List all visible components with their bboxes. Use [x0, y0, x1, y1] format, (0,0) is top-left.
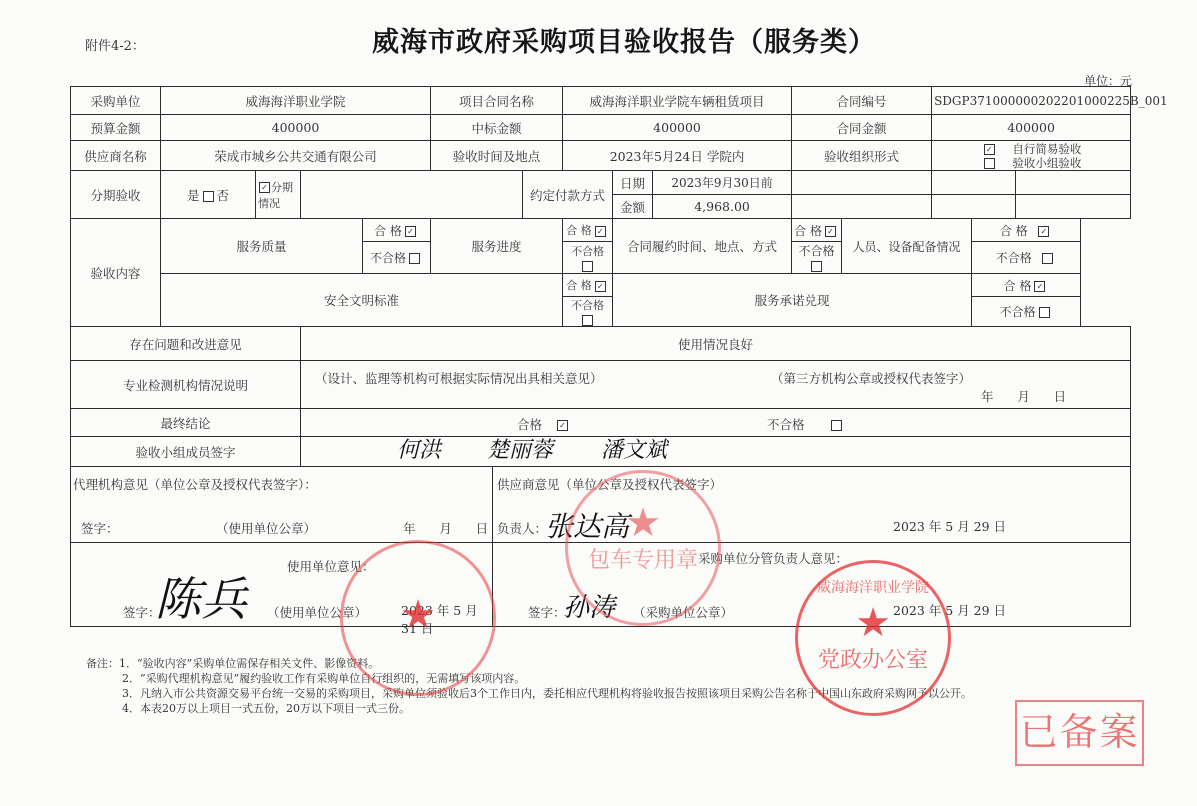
checkbox-checked-icon[interactable]	[595, 281, 606, 292]
pass-label: 合 格	[1000, 224, 1028, 238]
member-signature: 楚丽蓉	[487, 433, 553, 464]
checkbox-checked-icon[interactable]	[405, 226, 416, 237]
acceptance-item-service-quality: 服务质量	[161, 219, 363, 274]
members-label: 验收小组成员签字	[71, 437, 301, 467]
checkbox-checked-icon[interactable]	[1038, 226, 1049, 237]
staff-equipment-fail[interactable]: 不合格	[972, 242, 1081, 274]
conclusion-label: 最终结论	[71, 409, 301, 437]
checkbox-empty-icon[interactable]	[409, 253, 420, 264]
checkbox-empty-icon[interactable]	[1042, 253, 1053, 264]
installment-detail-cell: 分期情况	[256, 171, 301, 219]
safety-pass[interactable]: 合 格	[563, 274, 613, 297]
agency-seal-label: （使用单位公章）	[216, 519, 316, 537]
budget-value: 400000	[161, 115, 431, 141]
pass-label: 合 格	[374, 224, 402, 238]
checkbox-empty-icon[interactable]	[582, 261, 593, 272]
agency-date: 年 月 日	[403, 519, 488, 537]
supplier-value: 荣成市城乡公共交通有限公司	[161, 141, 431, 171]
org-form-option-group[interactable]: 验收小组验收	[934, 156, 1128, 170]
installment-detail-value	[301, 171, 523, 219]
star-icon: ★	[568, 503, 718, 543]
agency-sign-label: 签字：	[81, 519, 119, 537]
budget-label: 预算金额	[71, 115, 161, 141]
issues-label: 存在问题和改进意见	[71, 327, 301, 361]
contract-amount-value: 400000	[932, 115, 1131, 141]
acceptance-item-commitment: 服务承诺兑现	[613, 274, 972, 327]
attachment-label: 附件4-2：	[85, 35, 145, 54]
option-label: 自行简易验收	[1012, 142, 1081, 156]
purchaser-value: 威海海洋职业学院	[161, 87, 431, 115]
time-place-value: 2023年5月24日 学院内	[563, 141, 792, 171]
empty-cell	[792, 195, 932, 219]
installment-no-label: 否	[217, 188, 230, 203]
checkbox-empty-icon[interactable]	[811, 261, 822, 272]
issues-value: 使用情况良好	[301, 327, 1131, 361]
safety-fail[interactable]: 不合格	[563, 297, 613, 327]
note-line: 1．“验收内容”采购单位需保存相关文件、影像资料。	[119, 657, 379, 670]
acceptance-item-safety: 安全文明标准	[161, 274, 563, 327]
inspection-label: 专业检测机构情况说明	[71, 361, 301, 409]
empty-cell	[932, 195, 1016, 219]
pass-label: 合格	[517, 417, 542, 432]
page-title: 威海市政府采购项目验收报告（服务类）	[372, 20, 876, 59]
fail-label: 不合格	[799, 244, 835, 258]
time-place-label: 验收时间及地点	[431, 141, 563, 171]
star-icon: ★	[798, 603, 948, 643]
service-quality-fail[interactable]: 不合格	[363, 242, 431, 274]
installment-yes-label: 是	[187, 188, 200, 203]
payment-date-value: 2023年9月30日前	[653, 171, 792, 195]
option-label: 验收小组验收	[1012, 156, 1081, 170]
installment-yes-no: 是否	[161, 171, 256, 219]
checkbox-checked-icon[interactable]	[557, 420, 568, 431]
installment-label: 分期验收	[71, 171, 161, 219]
contract-performance-pass[interactable]: 合 格	[792, 219, 842, 242]
acceptance-label: 验收内容	[71, 219, 161, 327]
conclusion-fail[interactable]: 不合格	[767, 415, 845, 433]
inspection-note: （设计、监理等机构可根据实际情况出具相关意见）	[315, 369, 603, 387]
inspection-date: 年 月 日	[981, 387, 1066, 405]
bid-label: 中标金额	[431, 115, 563, 141]
checkbox-empty-icon[interactable]	[831, 420, 842, 431]
contract-performance-fail[interactable]: 不合格	[792, 242, 842, 274]
user-unit-signature: 陈兵	[155, 563, 247, 629]
school-seal-stamp: 威海海洋职业学院 ★ 党政办公室	[795, 560, 951, 716]
org-form-option-self[interactable]: 自行简易验收	[934, 142, 1128, 156]
empty-cell	[792, 171, 932, 195]
fail-label: 不合格	[767, 417, 805, 432]
supplier-stamp-text: 包车专用章	[568, 543, 718, 574]
fail-label: 不合格	[571, 299, 604, 312]
checkbox-checked-icon[interactable]	[259, 182, 270, 193]
checkbox-empty-icon[interactable]	[582, 315, 593, 326]
checkbox-checked-icon[interactable]	[825, 226, 836, 237]
payment-label: 约定付款方式	[523, 171, 613, 219]
acceptance-item-staff-equipment: 人员、设备配备情况	[842, 219, 972, 274]
contract-no-label: 合同编号	[792, 87, 932, 115]
supplier-person-label: 负责人：	[497, 519, 547, 537]
checkbox-empty-icon[interactable]	[1039, 307, 1050, 318]
fail-label: 不合格	[1000, 305, 1036, 319]
empty-cell	[1016, 195, 1131, 219]
supplier-date: 2023 年 5 月 29 日	[893, 517, 1006, 535]
staff-equipment-pass[interactable]: 合 格	[972, 219, 1081, 242]
contract-amount-label: 合同金额	[792, 115, 932, 141]
project-label: 项目合同名称	[431, 87, 563, 115]
payment-date-label: 日期	[613, 171, 653, 195]
commitment-pass[interactable]: 合 格	[972, 274, 1081, 297]
checkbox-empty-icon[interactable]	[203, 191, 214, 202]
empty-cell	[932, 171, 1016, 195]
fail-label: 不合格	[370, 251, 406, 265]
acceptance-item-contract-performance: 合同履约时间、地点、方式	[613, 219, 792, 274]
service-progress-fail[interactable]: 不合格	[563, 242, 613, 274]
payment-amount-value: 4,968.00	[653, 195, 792, 219]
inspection-sign-note: （第三方机构公章或授权代表签字）	[771, 369, 971, 387]
contract-no-value: SDGP371000000202201000225B_001	[932, 87, 1131, 115]
agency-opinion-cell: 代理机构意见（单位公章及授权代表签字）： 签字： （使用单位公章） 年 月 日	[71, 467, 493, 543]
org-form-options: 自行简易验收 验收小组验收	[932, 141, 1131, 171]
conclusion-pass[interactable]: 合格	[517, 415, 571, 433]
user-unit-seal-stamp: ★	[340, 540, 496, 696]
supplier-seal-stamp: ★ 包车专用章	[565, 470, 721, 626]
filed-stamp: 已备案	[1015, 700, 1144, 766]
school-stamp-top-text: 威海海洋职业学院	[798, 577, 948, 597]
purchaser-label: 采购单位	[71, 87, 161, 115]
pass-label: 合 格	[1004, 279, 1032, 293]
member-signature: 潘文斌	[601, 433, 667, 464]
purchaser-sign-label: 签字：	[528, 603, 566, 621]
notes-prefix: 备注：	[86, 657, 119, 670]
pass-label: 合 格	[566, 279, 592, 292]
pass-label: 合 格	[566, 224, 592, 237]
service-quality-pass[interactable]: 合 格	[363, 219, 431, 242]
checkbox-checked-icon[interactable]	[595, 226, 606, 237]
member-signature: 何洪	[397, 433, 441, 464]
inspection-cell: （设计、监理等机构可根据实际情况出具相关意见） （第三方机构公章或授权代表签字）…	[301, 361, 1131, 409]
empty-cell	[1016, 171, 1131, 195]
commitment-fail[interactable]: 不合格	[972, 297, 1081, 327]
payment-amount-label: 金额	[613, 195, 653, 219]
agency-opinion-title: 代理机构意见（单位公章及授权代表签字）：	[73, 475, 317, 493]
org-form-label: 验收组织形式	[792, 141, 932, 171]
acceptance-item-service-progress: 服务进度	[431, 219, 563, 274]
checkbox-empty-icon[interactable]	[984, 158, 995, 169]
members-signatures: 何洪 楚丽蓉 潘文斌	[301, 437, 1131, 467]
supplier-label: 供应商名称	[71, 141, 161, 171]
fail-label: 不合格	[996, 251, 1032, 265]
checkbox-checked-icon[interactable]	[1034, 281, 1045, 292]
bid-value: 400000	[563, 115, 792, 141]
fail-label: 不合格	[571, 245, 604, 258]
pass-label: 合 格	[794, 224, 822, 238]
project-value: 威海海洋职业学院车辆租赁项目	[563, 87, 792, 115]
service-progress-pass[interactable]: 合 格	[563, 219, 613, 242]
checkbox-checked-icon[interactable]	[984, 144, 995, 155]
star-icon: ★	[343, 595, 493, 635]
school-stamp-bottom-text: 党政办公室	[798, 643, 948, 674]
